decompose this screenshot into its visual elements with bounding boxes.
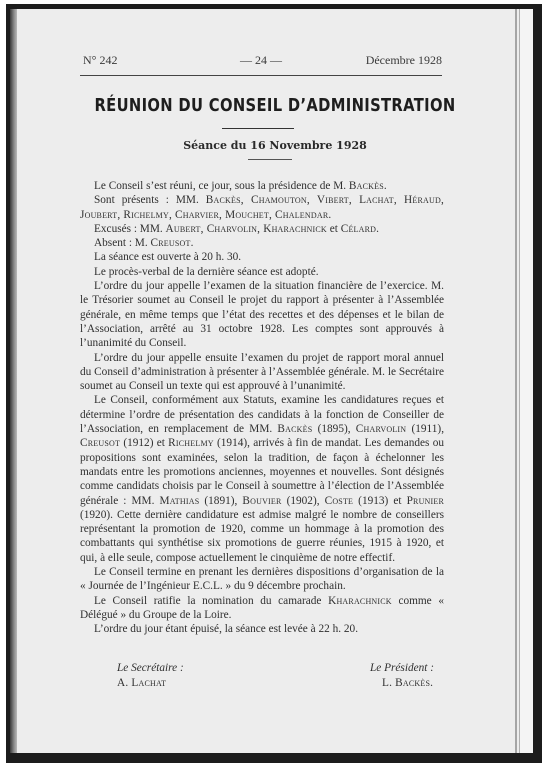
header-divider: [80, 75, 442, 76]
paragraph-text: (1895),: [312, 423, 355, 435]
minutes-paragraph: Absent : M. Creusot.: [80, 236, 444, 250]
page-fold-line-secondary: [519, 9, 520, 753]
minutes-paragraph: L’ordre du jour appelle l’examen de la s…: [80, 279, 444, 350]
document-title: RÉUNION DU CONSEIL D’ADMINISTRATION: [50, 95, 501, 116]
person-name: Backès: [277, 423, 312, 435]
title-divider: [222, 128, 294, 129]
minutes-paragraph: L’ordre du jour étant épuisé, la séance …: [80, 622, 444, 636]
minutes-paragraph: La séance est ouverte à 20 h. 30.: [80, 250, 444, 264]
paragraph-text: La séance est ouverte à 20 h. 30.: [94, 251, 241, 263]
signature-block: Le Secrétaire : A. Lachat Le Président :…: [80, 661, 444, 695]
paragraph-text: L’ordre du jour étant épuisé, la séance …: [94, 623, 358, 635]
page-margin-strip: [520, 9, 533, 753]
meeting-date-subtitle: Séance du 16 Novembre 1928: [0, 139, 550, 152]
paragraph-text: .: [376, 223, 379, 235]
person-name: Kharachnick: [328, 595, 392, 607]
person-name: Creusot: [151, 237, 191, 249]
paragraph-text: L’ordre du jour appelle l’examen de la s…: [80, 280, 444, 349]
paragraph-text: .: [384, 180, 387, 192]
paragraph-text: Absent : M.: [94, 237, 151, 249]
paragraph-text: (1911),: [406, 423, 444, 435]
person-name: Charvolin: [356, 423, 406, 435]
secretary-name: A. Lachat: [117, 676, 184, 691]
paragraph-text: Le procès-verbal de la dernière séance e…: [94, 266, 319, 278]
president-name: L. Backès.: [370, 676, 434, 691]
running-header: N° 242 — 24 — Décembre 1928: [80, 50, 442, 68]
paragraph-text: L’ordre du jour appelle ensuite l’examen…: [80, 352, 444, 393]
paragraph-text: .: [328, 209, 331, 221]
person-name: Aubert, Charvolin, Kharachnick: [166, 223, 327, 235]
minutes-paragraph: Le Conseil, conformément aux Statuts, ex…: [80, 393, 444, 565]
person-name: Bouvier: [242, 495, 281, 507]
paragraph-text: et: [327, 223, 341, 235]
person-name: Prunier: [407, 495, 444, 507]
person-name: Richelmy: [168, 437, 214, 449]
page-fold-line: [515, 9, 517, 753]
paragraph-text: (1912) et: [120, 437, 168, 449]
paragraph-text: (1913) et: [353, 495, 406, 507]
minutes-paragraph: Le procès-verbal de la dernière séance e…: [80, 265, 444, 279]
person-name: Mathias: [159, 495, 199, 507]
paragraph-text: (1902),: [282, 495, 325, 507]
president-role: Le Président :: [370, 661, 434, 676]
person-name: Coste: [325, 495, 354, 507]
paragraph-text: Le Conseil s’est réuni, ce jour, sous la…: [94, 180, 349, 192]
person-name: Célard: [341, 223, 376, 235]
person-name: Backès: [349, 180, 384, 192]
paragraph-text: Le Conseil ratifie la nomination du cama…: [94, 595, 328, 607]
minutes-paragraph: Excusés : MM. Aubert, Charvolin, Kharach…: [80, 222, 444, 236]
paragraph-text: Sont présents : MM.: [94, 194, 206, 206]
person-name: Creusot: [80, 437, 120, 449]
paragraph-text: (1920). Cette dernière candidature est a…: [80, 509, 444, 564]
paragraph-text: .: [191, 237, 194, 249]
secretary-role: Le Secrétaire :: [117, 661, 184, 676]
subtitle-divider: [248, 159, 292, 160]
minutes-paragraph: Le Conseil ratifie la nomination du cama…: [80, 594, 444, 623]
minutes-paragraph: Le Conseil termine en prenant les derniè…: [80, 565, 444, 594]
paragraph-text: Excusés : MM.: [94, 223, 166, 235]
minutes-body: Le Conseil s’est réuni, ce jour, sous la…: [80, 179, 444, 637]
secretary-signature: Le Secrétaire : A. Lachat: [117, 661, 184, 690]
minutes-paragraph: Le Conseil s’est réuni, ce jour, sous la…: [80, 179, 444, 193]
minutes-paragraph: L’ordre du jour appelle ensuite l’examen…: [80, 351, 444, 394]
issue-date: Décembre 1928: [366, 53, 442, 68]
minutes-paragraph: Sont présents : MM. Backès, Chamouton, V…: [80, 193, 444, 222]
paragraph-text: (1891),: [199, 495, 242, 507]
president-signature: Le Président : L. Backès.: [370, 661, 434, 690]
paragraph-text: Le Conseil termine en prenant les derniè…: [80, 566, 444, 592]
